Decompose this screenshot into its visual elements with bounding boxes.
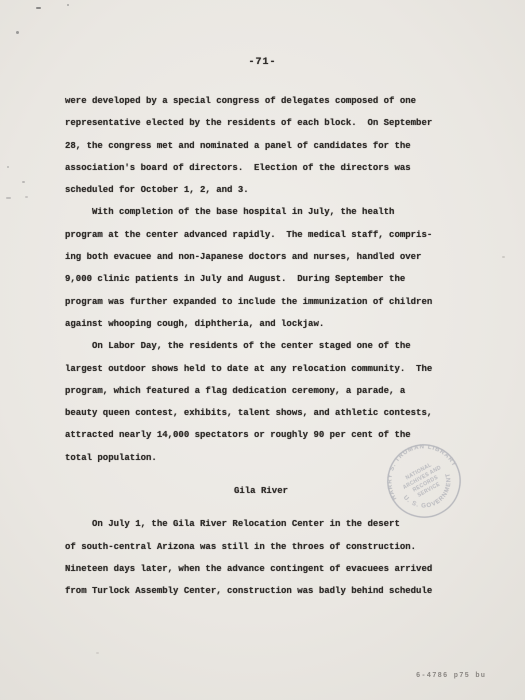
footer-code: 6-4786 p75 bu	[416, 672, 486, 680]
scan-speck	[502, 256, 505, 258]
scan-speck	[96, 652, 99, 654]
scan-speck	[67, 4, 69, 6]
text-line: representative elected by the residents …	[65, 112, 457, 134]
text-line: program was further expanded to include …	[65, 291, 457, 313]
text-line: Nineteen days later, when the advance co…	[65, 558, 457, 580]
page-number: -71-	[0, 57, 525, 68]
scanned-document-page: -71- were developed by a special congres…	[0, 0, 525, 700]
scan-speck	[7, 166, 9, 168]
text-line: association's board of directors. Electi…	[65, 157, 457, 179]
text-line: from Turlock Assembly Center, constructi…	[65, 580, 457, 602]
text-line: 28, the congress met and nominated a pan…	[65, 135, 457, 157]
text-line: largest outdoor shows held to date at an…	[65, 358, 457, 380]
text-line: 9,000 clinic patients in July and August…	[65, 268, 457, 290]
scan-speck	[25, 196, 28, 198]
text-line: program at the center advanced rapidly. …	[65, 224, 457, 246]
text-line: beauty queen contest, exhibits, talent s…	[65, 402, 457, 424]
text-line: With completion of the base hospital in …	[65, 201, 457, 223]
scan-speck	[36, 7, 41, 9]
text-line: ing both evacuee and non-Japanese doctor…	[65, 246, 457, 268]
text-line: On Labor Day, the residents of the cente…	[65, 335, 457, 357]
scan-speck	[22, 181, 25, 183]
scan-speck	[16, 31, 19, 34]
text-line: program, which featured a flag dedicatio…	[65, 380, 457, 402]
text-line: were developed by a special congress of …	[65, 90, 457, 112]
text-line: of south-central Arizona was still in th…	[65, 536, 457, 558]
text-line: attracted nearly 14,000 spectators or ro…	[65, 424, 457, 446]
scan-speck	[6, 197, 11, 199]
text-line: scheduled for October 1, 2, and 3.	[65, 179, 457, 201]
text-line: against whooping cough, diphtheria, and …	[65, 313, 457, 335]
